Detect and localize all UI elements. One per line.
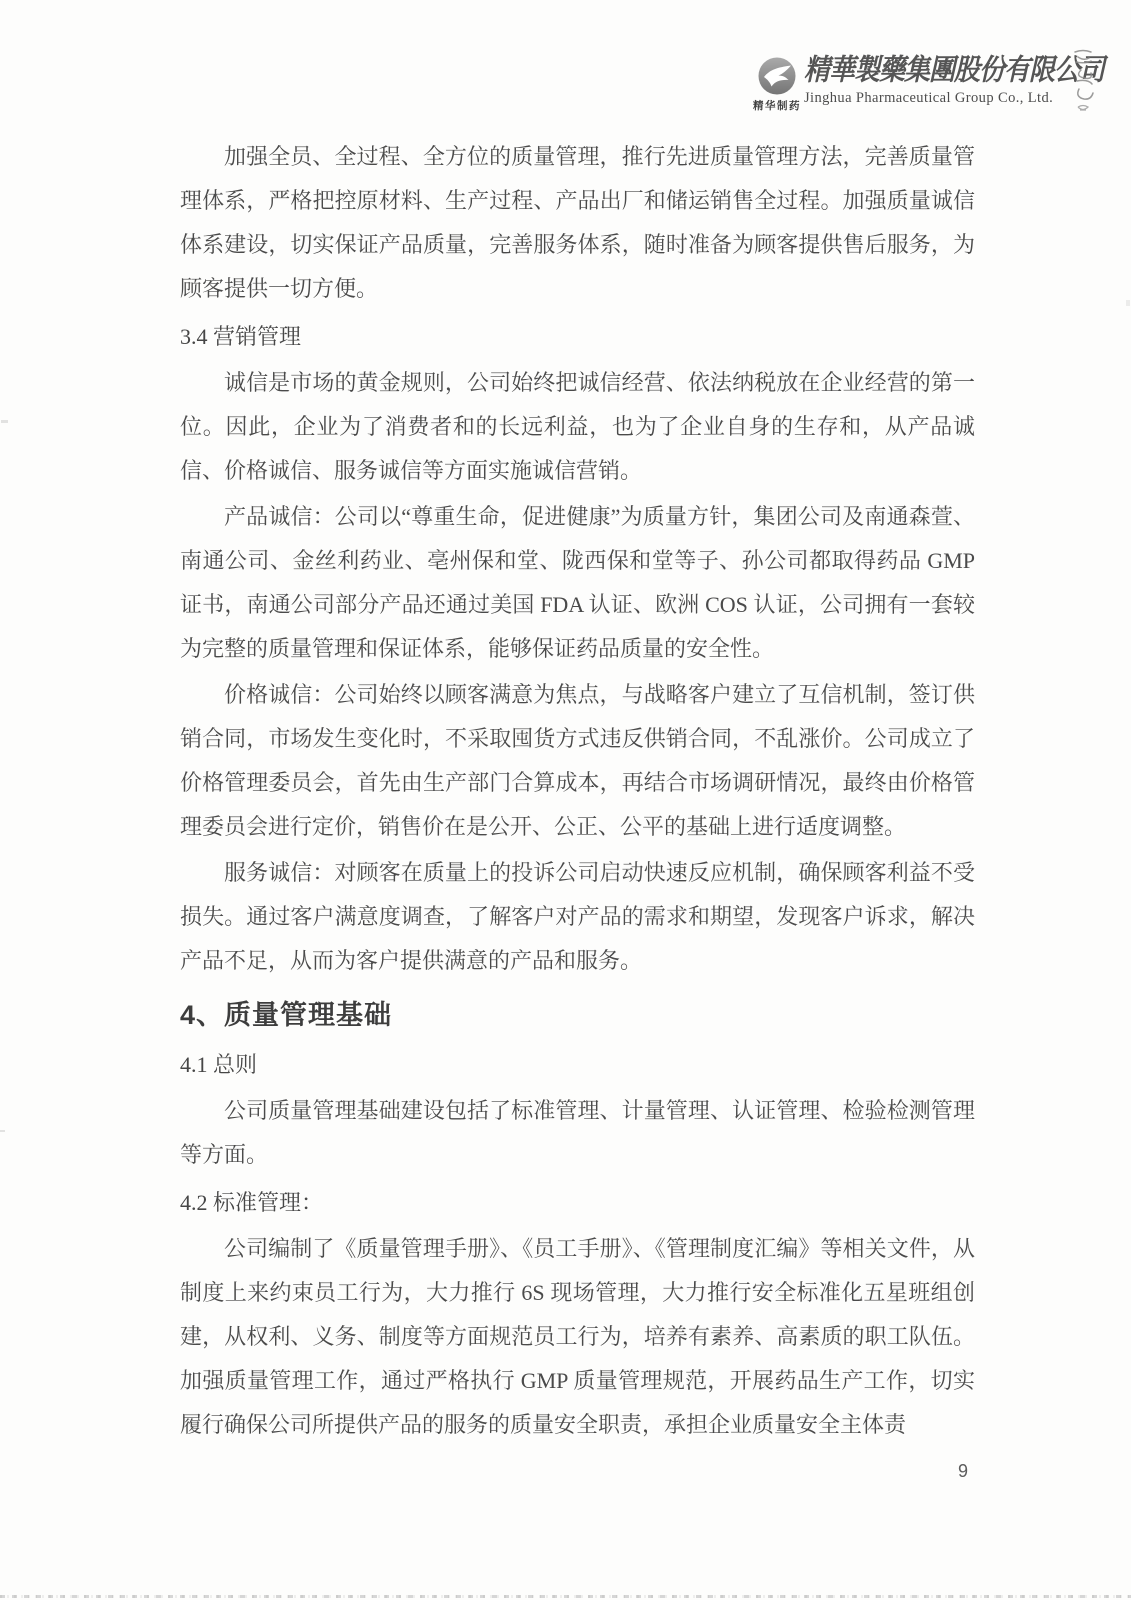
scan-speck	[1, 420, 8, 423]
page-number: 9	[958, 1461, 968, 1482]
chapter-heading-4-quality-basis: 4、质量管理基础	[180, 991, 975, 1039]
scan-speck	[1126, 300, 1130, 306]
paragraph-service-integrity: 服务诚信：对顾客在质量上的投诉公司启动快速反应机制，确保顾客利益不受损失。通过客…	[180, 851, 975, 983]
logo-caption: 精华制药	[752, 98, 802, 113]
company-name-chinese: 精華製藥集團股份有限公司	[804, 47, 1074, 88]
paragraph-integrity-golden-rule: 诚信是市场的黄金规则，公司始终把诚信经营、依法纳税放在企业经营的第一位。因此，企…	[180, 361, 975, 493]
dove-logo-icon	[757, 56, 797, 96]
section-heading-4-1-general: 4.1 总则	[180, 1043, 975, 1087]
paragraph-quality-basis-scope: 公司质量管理基础建设包括了标准管理、计量管理、认证管理、检验检测管理等方面。	[180, 1089, 975, 1177]
scan-speck	[0, 1130, 5, 1132]
section-heading-4-2-standards: 4.2 标准管理：	[180, 1181, 975, 1225]
document-page: 精华制药 精華製藥集團股份有限公司 Jinghua Pharmaceutical…	[0, 0, 1131, 1600]
handwritten-annotation-icon	[1063, 48, 1099, 116]
paragraph-standards-management: 公司编制了《质量管理手册》、《员工手册》、《管理制度汇编》等相关文件，从制度上来…	[180, 1227, 975, 1447]
company-name-english: Jinghua Pharmaceutical Group Co., Ltd.	[804, 90, 1074, 107]
company-logo: 精华制药	[752, 56, 802, 113]
paragraph-price-integrity: 价格诚信：公司始终以顾客满意为焦点，与战略客户建立了互信机制，签订供销合同，市场…	[180, 673, 975, 849]
paragraph-quality-management: 加强全员、全过程、全方位的质量管理，推行先进质量管理方法，完善质量管理体系，严格…	[180, 135, 975, 311]
scan-noise-bottom	[0, 1595, 1131, 1598]
paragraph-product-integrity: 产品诚信：公司以“尊重生命，促进健康”为质量方针，集团公司及南通森萱、南通公司、…	[180, 495, 975, 671]
company-brand: 精華製藥集團股份有限公司 Jinghua Pharmaceutical Grou…	[804, 47, 1074, 107]
document-body: 加强全员、全过程、全方位的质量管理，推行先进质量管理方法，完善质量管理体系，严格…	[180, 135, 975, 1447]
section-heading-3-4-marketing: 3.4 营销管理	[180, 315, 975, 359]
